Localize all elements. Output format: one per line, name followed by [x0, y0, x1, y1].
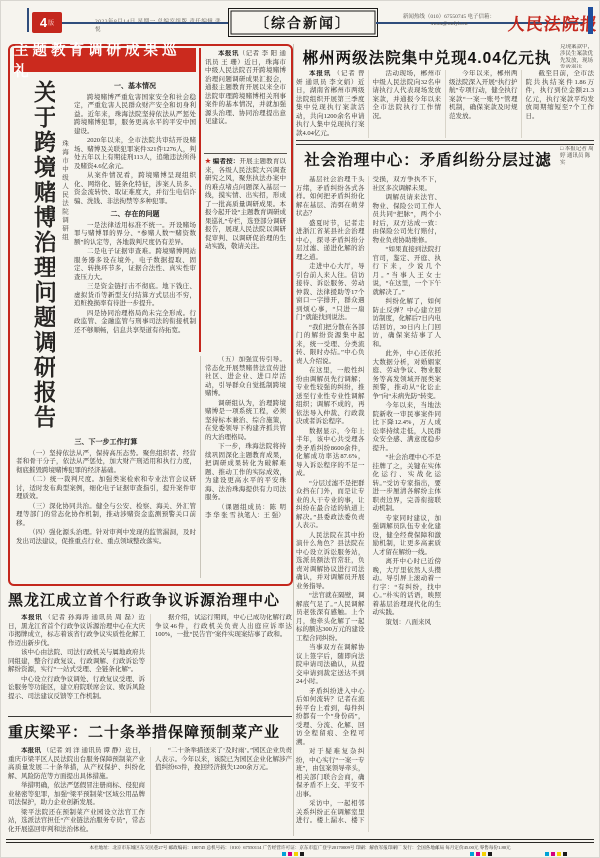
paragraph: 举措明确，依法严惩假冒注册商标、侵犯商业秘密等犯罪，加强“梁平预制菜”区域公用品…: [8, 782, 145, 808]
paragraph: 离开中心时已近傍晚，大厅里依然人头攒动。导引屏上滚动着一行字：“有纠纷，找中心。…: [373, 558, 442, 618]
feature-column-a-lower: 三、下一步工作打算 （一）坚持依法从严，保持高压态势。聚焦组织者、经营者和骨干分…: [16, 434, 196, 580]
feature-section2-heading: 二、存在的问题: [74, 210, 196, 219]
inset-text: （记者 李 阳 通讯员 王 珊）近日，珠海市中级人民法院召开跨境赌博治理问题调研…: [205, 50, 286, 125]
main-column-separator: [293, 44, 294, 836]
section-label-box: 〔综合新闻〕: [228, 8, 378, 37]
paragraph: 盛夏时节，记者走进浙江省某县社会治理中心，探寻矛盾纠纷分层过滤、递进化解的治理之…: [296, 220, 365, 263]
liangping-headline: 重庆梁平：二十条举措保障预制菜产业发展: [8, 721, 292, 743]
paragraph: （二）统一裁判尺度。加强类案检索和专业法官会议研讨，适时发布典型案例，细化电子证…: [16, 476, 196, 502]
chenzhou-paragraphs: 活动现场，郴州市中级人民法院向32名申请执行人代表现场发放案款，并通报今年以来全…: [373, 70, 595, 138]
header-blue-tick: [27, 8, 29, 32]
date-line: 2023年8月14日 星期一 总编室组版 责任编辑 张 悦: [95, 17, 225, 33]
paragraph: 当事双方在调解协议上签字后，随即向法院申请司法确认，从提交申请到裁定送达不到24…: [296, 644, 365, 687]
paragraph: 一是法律适用标准不统一。开设赌场罪与赌博罪的界分、“参赌人数”“赌资数额”的认定…: [74, 222, 196, 248]
cmyk-registration-mark-3: [545, 852, 567, 856]
feature-section1-paragraphs: 跨境赌博严重危害国家安全和社会稳定，严重危害人民群众财产安全和切身利益。近年来，…: [74, 94, 196, 207]
paragraph: “我们把分散在各部门的解纷资源集中起来，统一受理、分类流转、限时办结。”中心负责…: [296, 324, 365, 367]
feature-inset-brief: 本报讯（记者 李 阳 通讯员 王 珊）近日，珠海市中级人民法院召开跨境赌博治理问…: [205, 50, 286, 150]
paragraph: 数据显示，今年上半年，该中心共受理各类矛盾纠纷8600余件，化解成功率达87.6…: [296, 428, 365, 479]
feature-columnb-paragraphs: （五）加强宣传引导。常态化开展禁赌普法宣传进社区、进企业、进口岸活动，引导群众自…: [205, 356, 286, 521]
chenzhou-byline-lead: 本报讯: [309, 70, 334, 77]
masthead-blue-bar: [588, 7, 593, 34]
contact-line: 新闻热线（010）67550745 电子信箱：xwzx@rmfyb.cn: [390, 14, 508, 28]
paragraph: “分层过滤不是把群众挡在门外，而是让专业的人干专业的事，让纠纷在最合适的轨道上解…: [296, 480, 365, 531]
newspaper-page: 4 版 2023年8月14日 星期一 总编室组版 责任编辑 张 悦 〔综合新闻〕…: [0, 0, 600, 858]
paragraph: 中心设立行政争议调处、行政复议受理、诉讼服务等功能区，建立府院联席会议、败诉风险…: [8, 676, 145, 702]
chenzhou-body: 本报讯 （记者 曾 妍 通讯员 李文娟）近日，湖南省郴州市两级法院组织开展第三季…: [296, 70, 594, 138]
footer-rule: [6, 839, 594, 843]
chenzhou-shehui-divider: [296, 140, 594, 145]
heilongjiang-byline-lead: 本报讯: [21, 614, 45, 621]
paragraph: （五）加强宣传引导。常态化开展禁赌普法宣传进社区、进企业、进口岸活动，引导群众自…: [205, 356, 286, 399]
page-number-badge: 4 版: [32, 12, 62, 33]
paragraph: 二是电子证据审查难。跨境赌博网站服务器多设在境外，电子数据提取、固定、转换环节多…: [74, 248, 196, 282]
feature-banner-label: 主题教育调研成果巡礼: [14, 39, 196, 81]
feature-byline-vertical: 珠海市中级人民法院调研组: [57, 140, 69, 320]
paragraph: “法官就在隔壁，调解底气足了。”人民调解员老张深有感触。上个月，他牵头化解了一起…: [296, 592, 365, 643]
chenzhou-lead-text: （记者 曾 妍 通讯员 李文娟）近日，湖南省郴州市两级法院组织开展第三季度集中兑…: [296, 70, 365, 137]
heilongjiang-body: 本报讯 （记者 孙海涛 通讯员 周 磊）近日，黑龙江省首个行政争议诉源治理中心在…: [8, 614, 292, 713]
paragraph: 在这里，一般性纠纷由调解员先行调解；专业性较强的纠纷，推送至行业性专业性调解组织…: [296, 367, 365, 427]
paragraph: 矛盾纠纷进入中心后如何流转？记者在流转平台上看到，每件纠纷都有一个“身份码”，受…: [296, 688, 365, 748]
feature-section3-heading: 三、下一步工作打算: [16, 438, 196, 447]
paragraph: （四）强化源头治理。针对审判中发现的监管漏洞，及时发出司法建议，促推重点行业、重…: [16, 529, 196, 546]
heilongjiang-headline: 黑龙江成立首个行政争议诉源治理中心: [8, 589, 292, 611]
paragraph: （三）深化协同共治。健全与公安、检察、海关、外汇管理等部门的常态化协作机制，推动…: [16, 503, 196, 529]
feature-section2-paragraphs: 一是法律适用标准不统一。开设赌场罪与赌博罪的界分、“参赌人数”“赌资数额”的认定…: [74, 222, 196, 336]
feature-column-b: （五）加强宣传引导。常态化开展禁赌普法宣传进社区、进企业、进口岸活动，引导群众自…: [205, 356, 286, 580]
paragraph: 从案件情况看，跨境赌博呈现组织化、网络化、链条化特征，涉案人员多、资金流转快、取…: [74, 172, 196, 206]
shehui-byline: □ 本报记者 周 婷 通讯员 陈 实: [560, 146, 594, 172]
liangping-byline-lead: 本报讯: [21, 747, 43, 754]
chenzhou-headline: 郴州两级法院集中兑现4.04亿元执行案款: [298, 46, 556, 68]
shehui-body: 基层社会治理千头万绪，矛盾纠纷各式各样。如何把矛盾纠纷化解在基层、消弭在萌芽状态…: [296, 176, 594, 832]
paragraph: 2020年以来，全市法院共审结开设赌场、赌博及关联犯罪案件321件1276人，判…: [74, 137, 196, 171]
paragraph: 策划：八面来风: [373, 619, 442, 628]
paragraph: 专家同时建议，加强调解员队伍专业化建设，健全经费保障和激励机制，让更多高素质人才…: [373, 515, 442, 558]
paragraph: 今年以来，当地法院新收一审民事案件同比下降12.4%，万人成讼率持续走低，人民群…: [373, 402, 442, 453]
paragraph: 今年以来，郴州两级法院深入开展“执行护航”专项行动，健全执行案款“一案一账号”管…: [449, 70, 518, 121]
editor-note-lead: 编者按：: [213, 158, 240, 165]
paragraph: “二十条举措送来了‘及时雨’。”园区企业负责人表示。今年以来，该院已为园区企业化…: [155, 747, 292, 773]
paragraph: 调解员请来法官、物业、保险公司工作人员共同“把脉”，两个小时后，双方达成一致：由…: [373, 194, 442, 245]
paragraph: 人民法院在其中扮演什么角色？县法院在中心设立诉讼服务站，选派员额法官常驻，负责对…: [296, 532, 365, 592]
paragraph: 跨境赌博严重危害国家安全和社会稳定，严重危害人民群众财产安全和切身利益。近年来，…: [74, 94, 196, 137]
liangping-body: 本报讯 （记者 刘 洋 通讯员 谭 静）近日，重庆市梁平区人民法院出台服务保障预…: [8, 747, 292, 834]
paragraph: 据介绍，试运行期间，中心已成功化解行政争议46件，行政机关负责人出庭应诉率达10…: [155, 614, 292, 640]
paragraph: 该中心由法院、司法行政机关与属地政府共同组建，整合行政复议、行政调解、行政诉讼等…: [8, 649, 145, 675]
cmyk-registration-mark-1: [282, 852, 304, 856]
footer-info-line: 本社地址：北京市东城区东交民巷27号 邮政编码：100745 总机号码：（010…: [6, 845, 594, 851]
shehui-headline: 社会治理中心：矛盾纠纷分层过滤之道: [298, 148, 558, 172]
paragraph: “如果直接到法院打官司，鉴定、开庭、执行下来，少说几个月。”当事人王女士说，“在…: [373, 246, 442, 297]
page-number-label: 版: [48, 18, 54, 27]
inset-lead: 本报讯: [218, 50, 239, 57]
feature-inner-red-rule: [199, 48, 201, 352]
feature-column-a-upper: 一、基本情况 跨境赌博严重危害国家安全和社会稳定，严重危害人民群众财产安全和切身…: [74, 78, 196, 430]
shehui-paragraphs: 基层社会治理千头万绪，矛盾纠纷各式各样。如何把矛盾纠纷化解在基层、消弭在萌芽状态…: [296, 176, 441, 832]
paragraph: 走进中心大厅，导引台前人来人往。信访接待、诉讼服务、劳动仲裁、法律援助等17个窗…: [296, 263, 365, 323]
paragraph: 对于疑难复杂纠纷，中心实行“一案一专班”，由包案领导牵头，相关部门联合会商，确保…: [296, 748, 365, 799]
feature-banner: 主题教育调研成果巡礼: [14, 48, 196, 72]
page-number: 4: [40, 15, 47, 30]
feature-section1-heading: 一、基本情况: [74, 82, 196, 91]
inset-divider: [204, 153, 287, 154]
cmyk-registration-mark-2: [470, 852, 492, 856]
paragraph: “社会治理中心不是挂牌了之，关键在实体化运行、实战化运转。”受访专家指出，要进一…: [373, 454, 442, 514]
paragraph: 活动现场，郴州市中级人民法院向32名申请执行人代表现场发放案款，并通报今年以来全…: [373, 70, 442, 121]
paragraph: （一）坚持依法从严，保持高压态势。聚焦组织者、经营者和骨干分子，依法从严惩处，加…: [16, 450, 196, 476]
paragraph: 基层社会治理千头万绪，矛盾纠纷各式各样。如何把矛盾纠纷化解在基层、消弭在萌芽状态…: [296, 176, 365, 219]
paragraph: 调研组认为，治理跨境赌博是一项系统工程，必须坚持标本兼治、综合施策，在党委领导下…: [205, 400, 286, 443]
masthead: 人民法院报: [507, 10, 599, 35]
editor-note-text: 开展主题教育以来，各级人民法院大兴调查研究之风，聚焦执法办案中的难点堵点问题深入…: [205, 158, 286, 250]
paragraph: 纠纷化解了，如何防止反弹？中心建立回访制度，化解后7日内电话回访，30日内上门回…: [373, 298, 442, 349]
bottom-left-divider: [8, 716, 292, 717]
paragraph: （课题组成员：陈 明 李 华 张 雪 执笔人：王 强）: [205, 504, 286, 521]
feature-title-vertical: 关于跨境赌博治理问题调研报告: [15, 80, 55, 434]
paragraph: 下一步，珠海法院将持续巩固深化主题教育成果，把调研成果转化为破解难题、推动工作的…: [205, 443, 286, 503]
paragraph: 截至目前，全市法院共执结案件1.86万件，执行到位金额21.3亿元，执行案款平均…: [526, 70, 595, 121]
paragraph: 四是协同治理格局尚未完全形成。行政监管、金融监管与刑事司法的衔接机制还不够顺畅，…: [74, 310, 196, 336]
feature-editor-note: ★ 编者按：开展主题教育以来，各级人民法院大兴调查研究之风，聚焦执法办案中的难点…: [205, 158, 286, 352]
chenzhou-side-snippet: 兑现案款中，涉民生案款优先发放，现场发放率达98%。: [560, 44, 594, 68]
paragraph: 梁平法院还在预制菜产业园设立法官工作站，选派法官担任“产业链法治服务专员”，常态…: [8, 809, 145, 835]
feature-section3-paragraphs: （一）坚持依法从严，保持高压态势。聚焦组织者、经营者和骨干分子，依法从严惩处，加…: [16, 450, 196, 547]
feature-inner-col-rule: [200, 356, 201, 578]
editor-note-star-icon: ★: [205, 158, 211, 165]
paragraph: 此外，中心还依托大数据分析，对婚姻家庭、劳动争议、物业服务等高发领域开展类案预警…: [373, 350, 442, 401]
paragraph: 三是资金链打击不彻底。地下钱庄、虚拟货币等新型支付结算方式层出不穷，追赃挽损率有…: [74, 283, 196, 309]
header-rule-left: [62, 22, 228, 24]
section-label: 〔综合新闻〕: [255, 13, 351, 33]
